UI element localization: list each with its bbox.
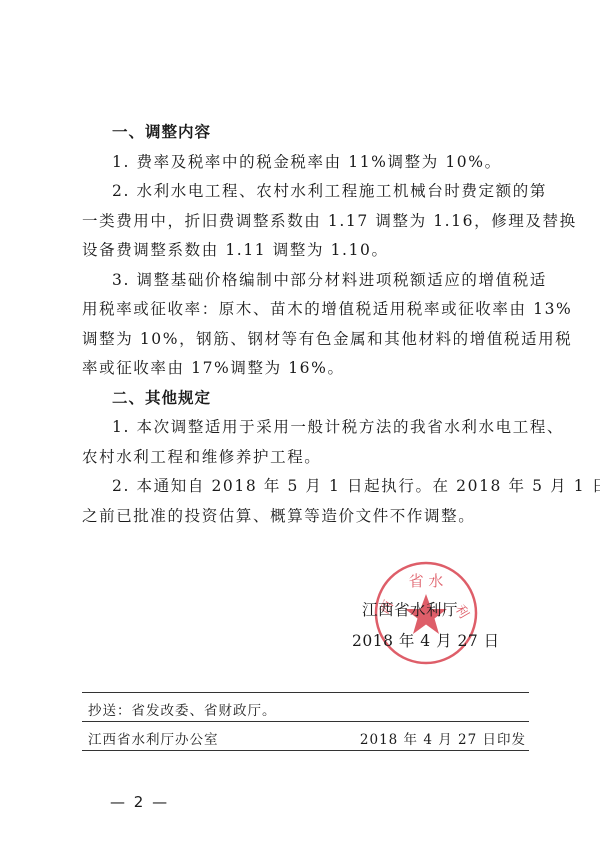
- section-heading-adjustments: 一、调整内容: [82, 118, 530, 148]
- paragraph-line: 2. 本通知自 2018 年 5 月 1 日起执行。在 2018 年 5 月 1…: [82, 472, 530, 502]
- divider: [82, 750, 529, 751]
- issue-date: 2018 年 4 月 27 日印发: [360, 731, 526, 749]
- divider: [82, 721, 529, 722]
- paragraph-line: 调整为 10%，钢筋、钢材等有色金属和其他材料的增值税适用税: [82, 325, 530, 355]
- divider: [82, 692, 529, 693]
- paragraph-line: 一类费用中，折旧费调整系数由 1.17 调整为 1.16，修理及替换: [82, 207, 530, 237]
- paragraph-line: 之前已批准的投资估算、概算等造价文件不作调整。: [82, 502, 530, 532]
- signature-organization: 江西省水利厅: [362, 600, 458, 620]
- issuer-office: 江西省水利厅办公室: [88, 732, 219, 748]
- paragraph-line: 3. 调整基础价格编制中部分材料进项税额适应的增值税适: [82, 266, 530, 296]
- paragraph-line: 1. 费率及税率中的税金税率由 11%调整为 10%。: [82, 148, 530, 178]
- cc-row: 抄送：省发改委、省财政厅。: [88, 702, 526, 720]
- paragraph-line: 设备费调整系数由 1.11 调整为 1.10。: [82, 236, 530, 266]
- signature-date: 2018 年 4 月 27 日: [352, 631, 500, 651]
- section-heading-other-provisions: 二、其他规定: [82, 384, 530, 414]
- document-page: 一、调整内容 1. 费率及税率中的税金税率由 11%调整为 10%。 2. 水利…: [0, 0, 600, 848]
- paragraph-line: 2. 水利水电工程、农村水利工程施工机械台时费定额的第: [82, 177, 530, 207]
- paragraph-line: 1. 本次调整适用于采用一般计税方法的我省水利水电工程、: [82, 413, 530, 443]
- page-number: — 2 —: [110, 793, 169, 811]
- issuer-row: 江西省水利厅办公室 2018 年 4 月 27 日印发: [88, 731, 526, 749]
- paragraph-line: 率或征收率由 17%调整为 16%。: [82, 354, 530, 384]
- cc-recipients: 抄送：省发改委、省财政厅。: [88, 703, 277, 719]
- svg-text:省 水: 省 水: [409, 572, 444, 590]
- paragraph-line: 农村水利工程和维修养护工程。: [82, 443, 530, 473]
- document-body: 一、调整内容 1. 费率及税率中的税金税率由 11%调整为 10%。 2. 水利…: [82, 118, 530, 531]
- paragraph-line: 用税率或征收率：原木、苗木的增值税适用税率或征收率由 13%: [82, 295, 530, 325]
